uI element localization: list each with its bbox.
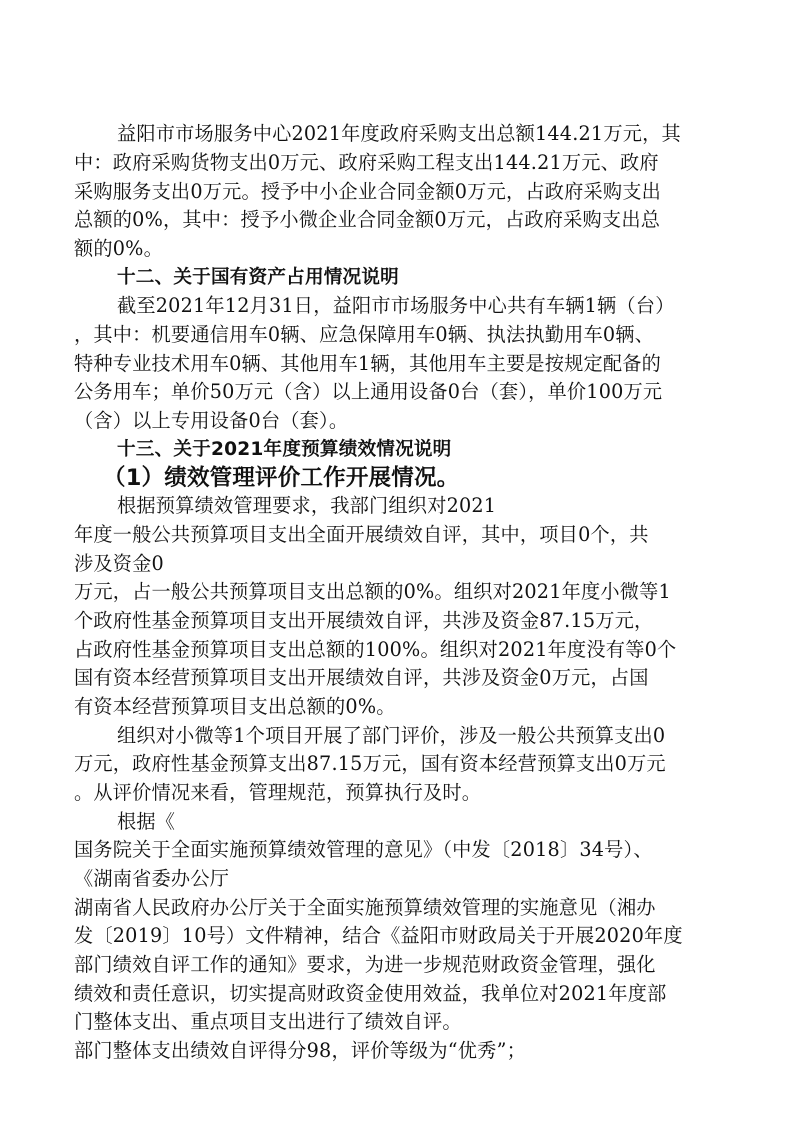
subsection-heading-1: （1）绩效管理评价工作开展情况。 — [103, 464, 459, 492]
paragraph-line: 特种专业技术用车0辆、其他用车1辆，其他用车主要是按规定配备的 — [74, 352, 661, 376]
paragraph-line: 国有资本经营预算项目支出开展绩效自评，共涉及资金0万元，占国 — [74, 666, 649, 690]
paragraph-line: 绩效和责任意识，切实提高财政资金使用效益，我单位对2021年度部 — [74, 982, 666, 1006]
paragraph-line: 门整体支出、重点项目支出进行了绩效自评。 — [74, 1010, 462, 1034]
paragraph-line: 。从评价情况来看，管理规范，预算执行及时。 — [74, 781, 481, 805]
paragraph-line: 湖南省人民政府办公厅关于全面实施预算绩效管理的实施意见（湘办 — [74, 896, 656, 920]
paragraph-line: 万元，政府性基金预算支出87.15万元，国有资本经营预算支出0万元 — [74, 752, 666, 776]
paragraph-line: 额的0%。 — [74, 237, 163, 261]
paragraph-line: 占政府性基金预算项目支出总额的100%。组织对2021年度没有等0个 — [74, 638, 676, 662]
paragraph-line: 截至2021年12月31日，益阳市市场服务中心共有车辆1辆（台） — [117, 294, 675, 318]
paragraph-line: 发〔2019〕10号）文件精神，结合《益阳市财政局关于开展2020年度 — [74, 924, 683, 948]
paragraph-line: 《湖南省委办公厅 — [74, 867, 229, 891]
section-heading-13: 十三、关于2021年度预算绩效情况说明 — [117, 438, 451, 462]
paragraph-line: ，其中：机要通信用车0辆、应急保障用车0辆、执法执勤用车0辆、 — [74, 323, 654, 347]
paragraph-line: （含）以上专用设备0台（套）。 — [74, 409, 348, 433]
paragraph-line: 采购服务支出0万元。授予中小企业合同金额0万元，占政府采购支出 — [74, 180, 661, 204]
paragraph-line: 有资本经营预算项目支出总额的0%。 — [74, 695, 396, 719]
paragraph-line: 根据《 — [117, 810, 175, 834]
paragraph-line: 部门绩效自评工作的通知》要求，为进一步规范财政资金管理，强化 — [74, 953, 656, 977]
section-heading-12: 十二、关于国有资产占用情况说明 — [117, 266, 399, 290]
paragraph-line: 中：政府采购货物支出0万元、政府采购工程支出144.21万元、政府 — [74, 151, 659, 175]
document-page: 益阳市市场服务中心2021年度政府采购支出总额144.21万元，其 中：政府采购… — [0, 0, 793, 1122]
paragraph-line: 年度一般公共预算项目支出全面开展绩效自评，其中，项目0个，共 — [74, 523, 649, 547]
paragraph-line: 根据预算绩效管理要求，我部门组织对2021 — [117, 494, 496, 518]
paragraph-line: 涉及资金0 — [74, 552, 164, 576]
paragraph-line: 益阳市市场服务中心2021年度政府采购支出总额144.21万元，其 — [117, 122, 681, 146]
paragraph-line: 总额的0%，其中：授予小微企业合同金额0万元，占政府采购支出总 — [74, 208, 660, 232]
paragraph-line: 个政府性基金预算项目支出开展绩效自评，共涉及资金87.15万元， — [74, 609, 653, 633]
paragraph-line: 国务院关于全面实施预算绩效管理的意见》（中发〔2018〕34号）、 — [74, 838, 653, 862]
paragraph-line: 公务用车；单价50万元（含）以上通用设备0台（套），单价100万元 — [74, 380, 662, 404]
paragraph-line: 组织对小微等1个项目开展了部门评价，涉及一般公共预算支出0 — [117, 724, 665, 748]
score-line: 部门整体支出绩效自评得分98，评价等级为“优秀”； — [74, 1039, 526, 1063]
paragraph-line: 万元，占一般公共预算项目支出总额的0%。组织对2021年度小微等1 — [74, 580, 671, 604]
